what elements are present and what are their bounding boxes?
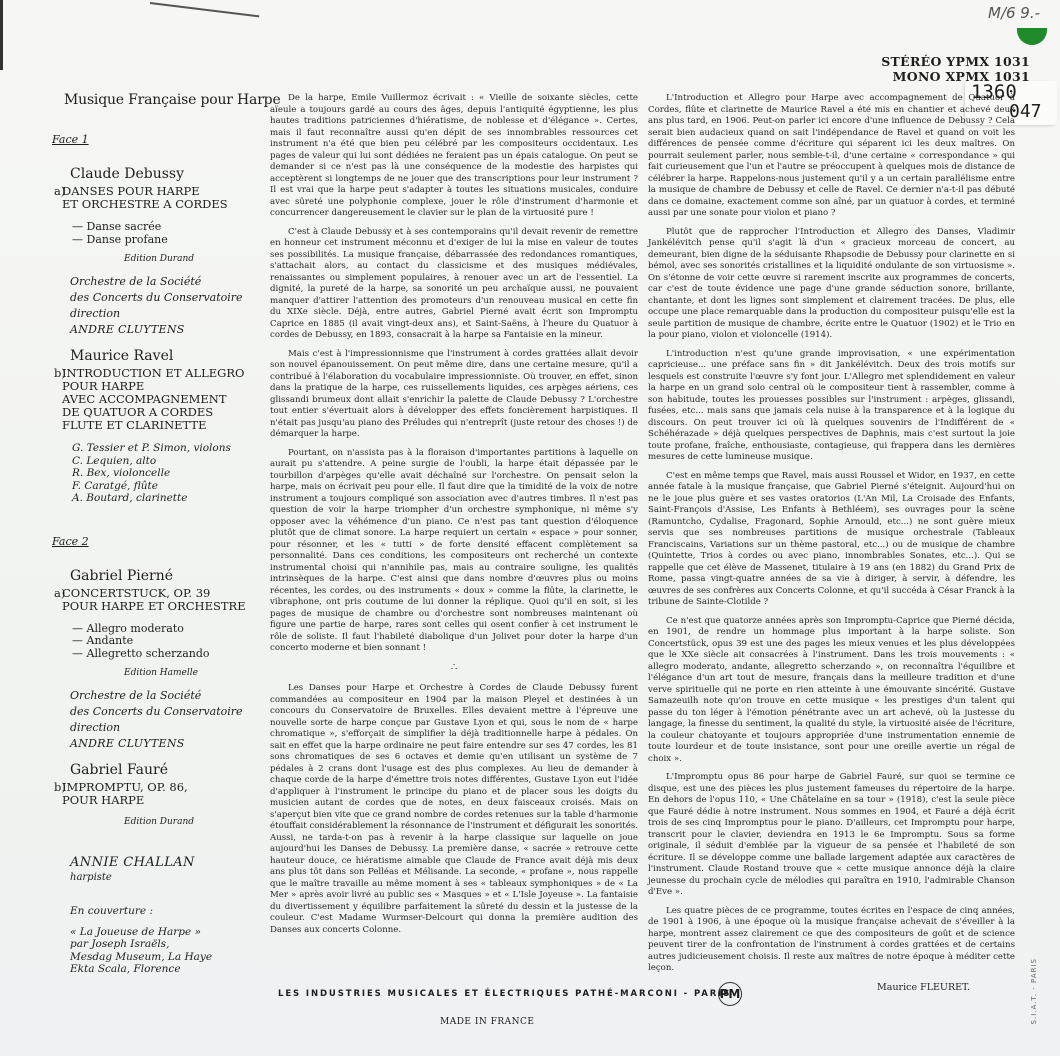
movements-pierne: — Allegro moderato — Andante — Allegrett… xyxy=(72,623,254,661)
edition-faure: Edition Durand xyxy=(124,817,254,827)
notes-paragraph: Mais c'est à l'impressionnisme que l'ins… xyxy=(270,349,638,441)
work-pierne: a) CONCERTSTUCK, Op. 39 POUR HARPE ET OR… xyxy=(64,587,254,613)
player: G. Tessier et P. Simon, violons xyxy=(72,442,254,455)
notes-paragraph: L'Introduction et Allegro pour Harpe ave… xyxy=(648,93,1015,220)
cover-credit-line: par Joseph Israëls, xyxy=(70,938,254,951)
movement: — Danse profane xyxy=(72,234,254,247)
tracklist-column: Musique Française pour Harpe Face 1 Clau… xyxy=(64,92,254,976)
face-1-label: Face 1 xyxy=(52,133,254,146)
soloist-role: harpiste xyxy=(70,872,254,883)
soloist-name: ANNIE CHALLAN xyxy=(70,855,254,870)
composer-faure: Gabriel Fauré xyxy=(70,762,254,778)
orchestra-line: direction xyxy=(70,720,254,736)
liner-notes-column-1: De la harpe, Emile Vuillermoz écrivait :… xyxy=(270,93,638,943)
notes-paragraph: Les quatre pièces de ce programme, toute… xyxy=(648,906,1015,975)
player: F. Caratgé, flûte xyxy=(72,480,254,493)
work-faure: b) IMPROMPTU, Op. 86, POUR HARPE xyxy=(64,781,254,807)
notes-paragraph: Les Danses pour Harpe et Orchestre à Cor… xyxy=(270,683,638,936)
green-dot-sticker xyxy=(1017,28,1047,45)
movements-debussy: — Danse sacrée — Danse profane xyxy=(72,221,254,246)
catalog-numbers: STÉRÉO YPMX 1031 MONO XPMX 1031 xyxy=(868,54,1030,84)
section-divider-icon: ∴ xyxy=(270,662,638,674)
orchestra-line: Orchestre de la Société xyxy=(70,688,254,704)
cover-credit-line: Ekta Scala, Florence xyxy=(70,963,254,976)
pathe-marconi-logo-icon: PM xyxy=(718,982,742,1006)
player: C. Lequien, alto xyxy=(72,455,254,468)
players-ravel: G. Tessier et P. Simon, violons C. Lequi… xyxy=(72,442,254,505)
player: A. Boutard, clarinette xyxy=(72,492,254,505)
notes-paragraph: C'est à Claude Debussy et à ses contempo… xyxy=(270,227,638,342)
work-debussy: a) DANSES POUR HARPE ET ORCHESTRE A CORD… xyxy=(64,185,254,211)
sleeve-edge-mark xyxy=(0,0,3,70)
work-line: FLUTE ET CLARINETTE xyxy=(62,419,244,432)
notes-paragraph: Ce n'est que quatorze années après son I… xyxy=(648,616,1015,766)
notes-paragraph: De la harpe, Emile Vuillermoz écrivait :… xyxy=(270,93,638,220)
track-letter: b) xyxy=(54,781,62,807)
track-letter: a) xyxy=(54,587,62,613)
printer-credit: S.I.A.T. - PARIS xyxy=(1030,958,1038,1024)
cover-credit: En couverture : « La Joueuse de Harpe » … xyxy=(70,905,254,976)
album-title: Musique Française pour Harpe xyxy=(64,92,254,108)
player: R. Bex, violoncelle xyxy=(72,467,254,480)
publisher-line: LES INDUSTRIES MUSICALES ET ÉLECTRIQUES … xyxy=(278,989,731,999)
composer-ravel: Maurice Ravel xyxy=(70,348,254,364)
movement: — Andante xyxy=(72,635,254,648)
scratch-mark xyxy=(150,2,259,17)
notes-paragraph: L'Impromptu opus 86 pour harpe de Gabrie… xyxy=(648,772,1015,899)
work-ravel: b) INTRODUCTION ET ALLEGRO POUR HARPE AV… xyxy=(64,367,254,432)
notes-paragraph: Pourtant, on n'assista pas à la floraiso… xyxy=(270,448,638,655)
cover-credit-line: Mesdag Museum, La Haye xyxy=(70,951,254,964)
cover-credit-line: « La Joueuse de Harpe » xyxy=(70,926,254,939)
face-2-label: Face 2 xyxy=(52,535,254,548)
edition-debussy: Edition Durand xyxy=(124,254,254,264)
orchestra-line: des Concerts du Conservatoire xyxy=(70,704,254,720)
composer-pierne: Gabriel Pierné xyxy=(70,568,254,584)
work-line: POUR HARPE xyxy=(62,794,188,807)
notes-paragraph: Plutôt que de rapprocher l'Introduction … xyxy=(648,227,1015,342)
orchestra-debussy: Orchestre de la Société des Concerts du … xyxy=(70,274,254,338)
notes-paragraph: L'introduction n'est qu'une grande impro… xyxy=(648,349,1015,464)
movement: — Allegretto scherzando xyxy=(72,648,254,661)
orchestra-pierne: Orchestre de la Société des Concerts du … xyxy=(70,688,254,752)
edition-pierne: Edition Hamelle xyxy=(124,668,254,678)
work-line: POUR HARPE ET ORCHESTRE xyxy=(62,600,246,613)
stereo-catalog-number: STÉRÉO YPMX 1031 xyxy=(868,54,1030,69)
notes-paragraph: C'est en même temps que Ravel, mais auss… xyxy=(648,471,1015,609)
composer-debussy: Claude Debussy xyxy=(70,166,254,182)
record-sleeve-back: M/6 9.- STÉRÉO YPMX 1031 MONO XPMX 1031 … xyxy=(0,0,1060,1056)
movement: — Danse sacrée xyxy=(72,221,254,234)
track-letter: b) xyxy=(54,367,62,432)
track-letter: a) xyxy=(54,185,62,211)
orchestra-line: Orchestre de la Société xyxy=(70,274,254,290)
work-line: CONCERTSTUCK, Op. 39 xyxy=(62,587,246,600)
cover-credit-heading: En couverture : xyxy=(70,905,254,918)
conductor-name: ANDRE CLUYTENS xyxy=(70,322,254,338)
work-line: ET ORCHESTRE A CORDES xyxy=(62,198,228,211)
made-in-france: MADE IN FRANCE xyxy=(440,1017,535,1027)
orchestra-line: des Concerts du Conservatoire xyxy=(70,290,254,306)
conductor-name: ANDRE CLUYTENS xyxy=(70,736,254,752)
orchestra-line: direction xyxy=(70,306,254,322)
handwritten-price-note: M/6 9.- xyxy=(988,4,1040,22)
liner-notes-column-2: L'Introduction et Allegro pour Harpe ave… xyxy=(648,93,1015,993)
